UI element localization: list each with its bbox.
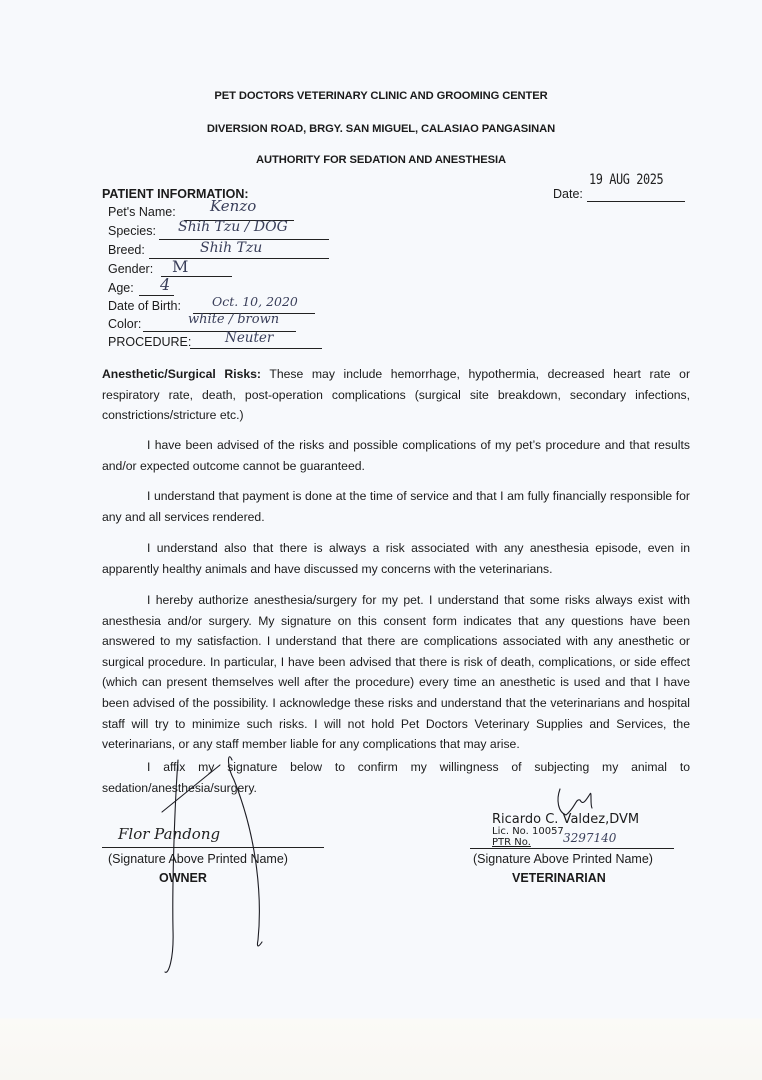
vet-signature-stroke-1 xyxy=(558,789,592,815)
signature-strokes xyxy=(0,0,762,1080)
owner-signature-stroke-1 xyxy=(165,760,178,972)
owner-signature-stroke-3 xyxy=(162,765,220,812)
owner-signature-stroke-2 xyxy=(229,757,263,946)
scanned-consent-form: PET DOCTORS VETERINARY CLINIC AND GROOMI… xyxy=(0,0,762,1080)
